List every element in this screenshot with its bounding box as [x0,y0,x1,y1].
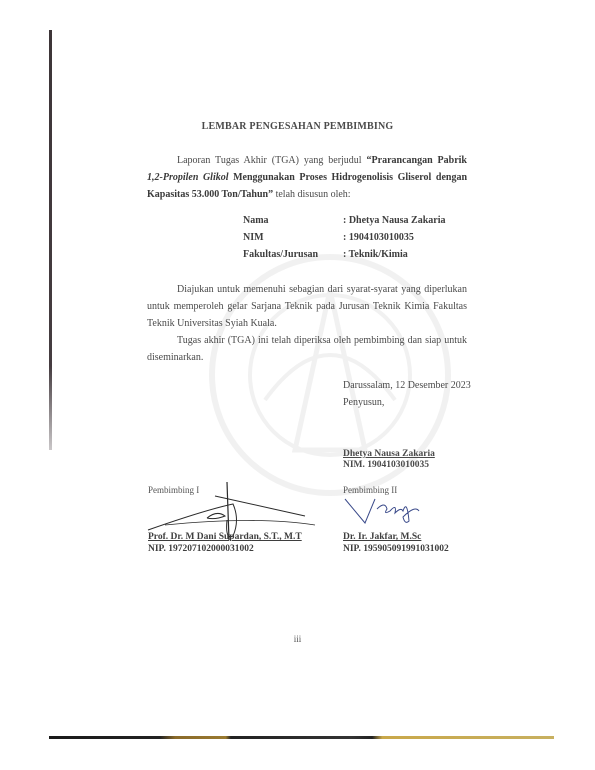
identity-value: : 1904103010035 [343,232,414,249]
supervisor-1-nip: NIP. 197207102000031002 [148,544,254,554]
supervisor-2-nip: NIP. 195905091991031002 [343,544,449,554]
identity-table: Nama : Dhetya Nausa Zakaria NIM : 190410… [243,215,446,266]
page-title: LEMBAR PENGESAHAN PEMBIMBING [0,121,595,132]
identity-label: Fakultas/Jurusan [243,249,343,266]
identity-value: : Teknik/Kimia [343,249,408,266]
supervisor-2-name: Dr. Ir. Jakfar, M.Sc [343,532,421,542]
place-date: Darussalam, 12 Desember 2023 [343,380,471,391]
identity-row-nim: NIM : 1904103010035 [243,232,446,249]
scan-bottom-edge [49,736,554,739]
supervisor-1-name: Prof. Dr. M Dani Supardan, S.T., M.T [148,532,302,542]
author-name: Dhetya Nausa Zakaria [343,449,435,459]
page-number: iii [0,634,595,644]
intro-paragraph: Laporan Tugas Akhir (TGA) yang berjudul … [147,152,467,203]
identity-label: Nama [243,215,343,232]
scan-left-edge [49,30,52,450]
submission-paragraph: Diajukan untuk memenuhi sebagian dari sy… [147,281,467,332]
supervisor-2-signature [345,495,445,535]
author-nim: NIM. 1904103010035 [343,460,429,470]
identity-value: : Dhetya Nausa Zakaria [343,215,446,232]
author-role: Penyusun, [343,397,384,408]
intro-suffix: telah disusun oleh: [273,189,351,200]
intro-title-italic: 1,2-Propilen Glikol [147,172,229,183]
supervisor-2-label: Pembimbing II [343,485,397,495]
intro-prefix: Laporan Tugas Akhir (TGA) yang berjudul [177,155,367,166]
intro-title-start: “Prarancangan Pabrik [367,155,467,166]
identity-label: NIM [243,232,343,249]
identity-row-faculty: Fakultas/Jurusan : Teknik/Kimia [243,249,446,266]
identity-row-name: Nama : Dhetya Nausa Zakaria [243,215,446,232]
review-paragraph: Tugas akhir (TGA) ini telah diperiksa ol… [147,332,467,366]
